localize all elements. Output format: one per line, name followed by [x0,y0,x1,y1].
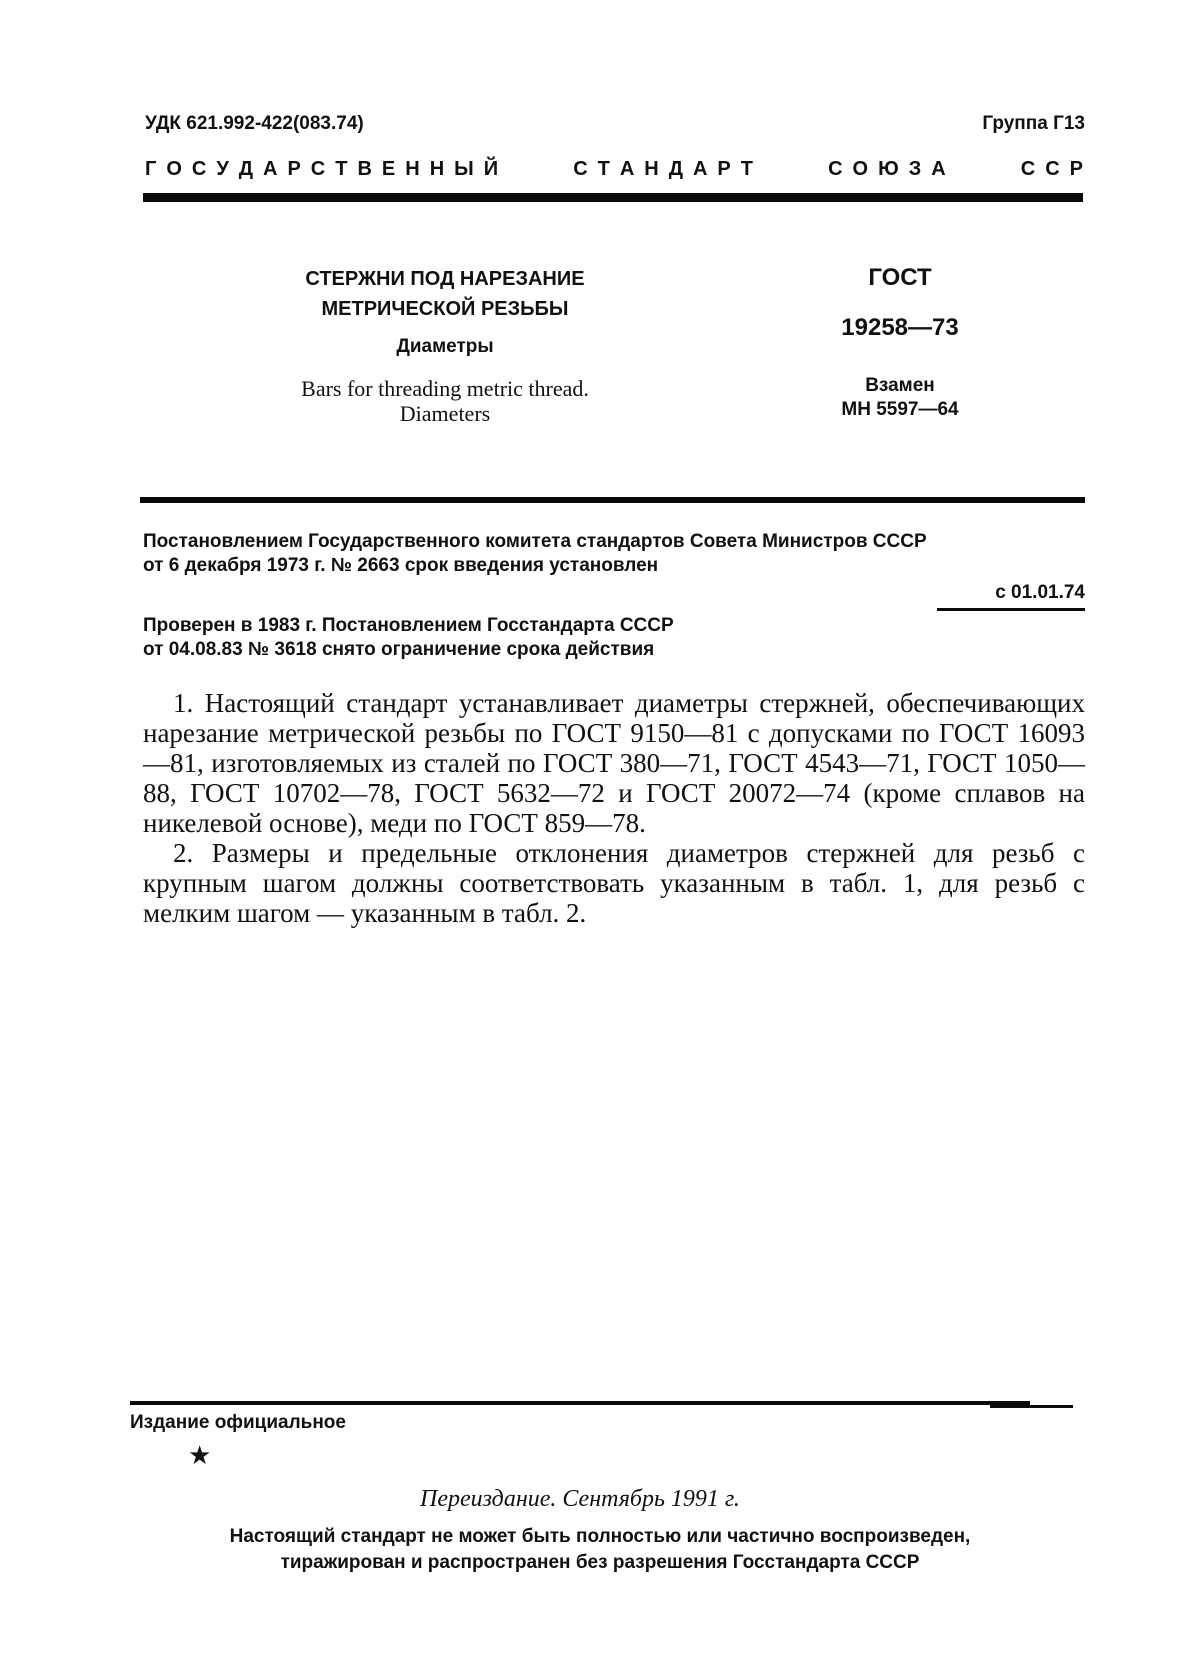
banner-word: С О Ю З А [828,158,946,181]
title-en-line1: Bars for threading metric thread. [250,376,640,401]
gost-block: ГОСТ 19258—73 Взамен МН 5597—64 [820,264,980,422]
gost-label: ГОСТ [820,264,980,292]
checked-line2: от 04.08.83 № 3618 снято ограничение сро… [143,638,843,662]
title-ru-line1: СТЕРЖНИ ПОД НАРЕЗАНИЕ [250,264,640,294]
decree-line1: Постановлением Государственного комитета… [143,530,1085,554]
header-rule [143,193,1083,202]
paragraph-1: 1. Настоящий стандарт устанавливает диам… [143,688,1085,838]
title-ru: СТЕРЖНИ ПОД НАРЕЗАНИЕ МЕТРИЧЕСКОЙ РЕЗЬБЫ [250,264,640,324]
state-standard-banner: Г О С У Д А Р С Т В Е Н Н Ы Й С Т А Н Д … [145,158,1083,181]
replaces-label: Взамен [820,374,980,398]
checked-line1: Проверен в 1983 г. Постановлением Госста… [143,614,843,638]
effective-date: с 01.01.74 [995,582,1085,604]
copyright-notice: Настоящий стандарт не может быть полност… [125,1524,1075,1576]
title-en-line2: Diameters [250,401,640,426]
reprint-note: Переиздание. Сентябрь 1991 г. [420,1486,740,1513]
copyright-line2: тиражирован и распространен без разрешен… [125,1550,1075,1576]
gost-number: 19258—73 [820,314,980,342]
paragraph-2: 2. Размеры и предельные отклонения диаме… [143,838,1085,928]
title-block: СТЕРЖНИ ПОД НАРЕЗАНИЕ МЕТРИЧЕСКОЙ РЕЗЬБЫ… [250,264,640,426]
udk-code: УДК 621.992-422(083.74) [145,113,364,135]
copyright-line1: Настоящий стандарт не может быть полност… [125,1524,1075,1550]
title-subtitle: Диаметры [250,336,640,358]
footer-rule-segment [990,1405,1073,1408]
section-rule [140,497,1085,503]
date-underline [937,608,1085,611]
banner-word: С Т А Н Д А Р Т [573,158,753,181]
replaces-value: МН 5597—64 [820,398,980,422]
official-edition-label: Издание официальное [130,1412,346,1434]
decree-text: Постановлением Государственного комитета… [143,530,1085,578]
replaces-block: Взамен МН 5597—64 [820,374,980,422]
body-text: 1. Настоящий стандарт устанавливает диам… [143,688,1085,928]
footer-rule [130,1401,1030,1405]
group-code: Группа Г13 [982,113,1085,135]
banner-word: Г О С У Д А Р С Т В Е Н Н Ы Й [145,158,498,181]
banner-word: С С Р [1021,158,1083,181]
title-ru-line2: МЕТРИЧЕСКОЙ РЕЗЬБЫ [250,294,640,324]
star-icon: ★ [188,1440,211,1471]
decree-line2: от 6 декабря 1973 г. № 2663 срок введени… [143,554,1085,578]
title-en: Bars for threading metric thread. Diamet… [250,376,640,426]
checked-text: Проверен в 1983 г. Постановлением Госста… [143,614,843,662]
